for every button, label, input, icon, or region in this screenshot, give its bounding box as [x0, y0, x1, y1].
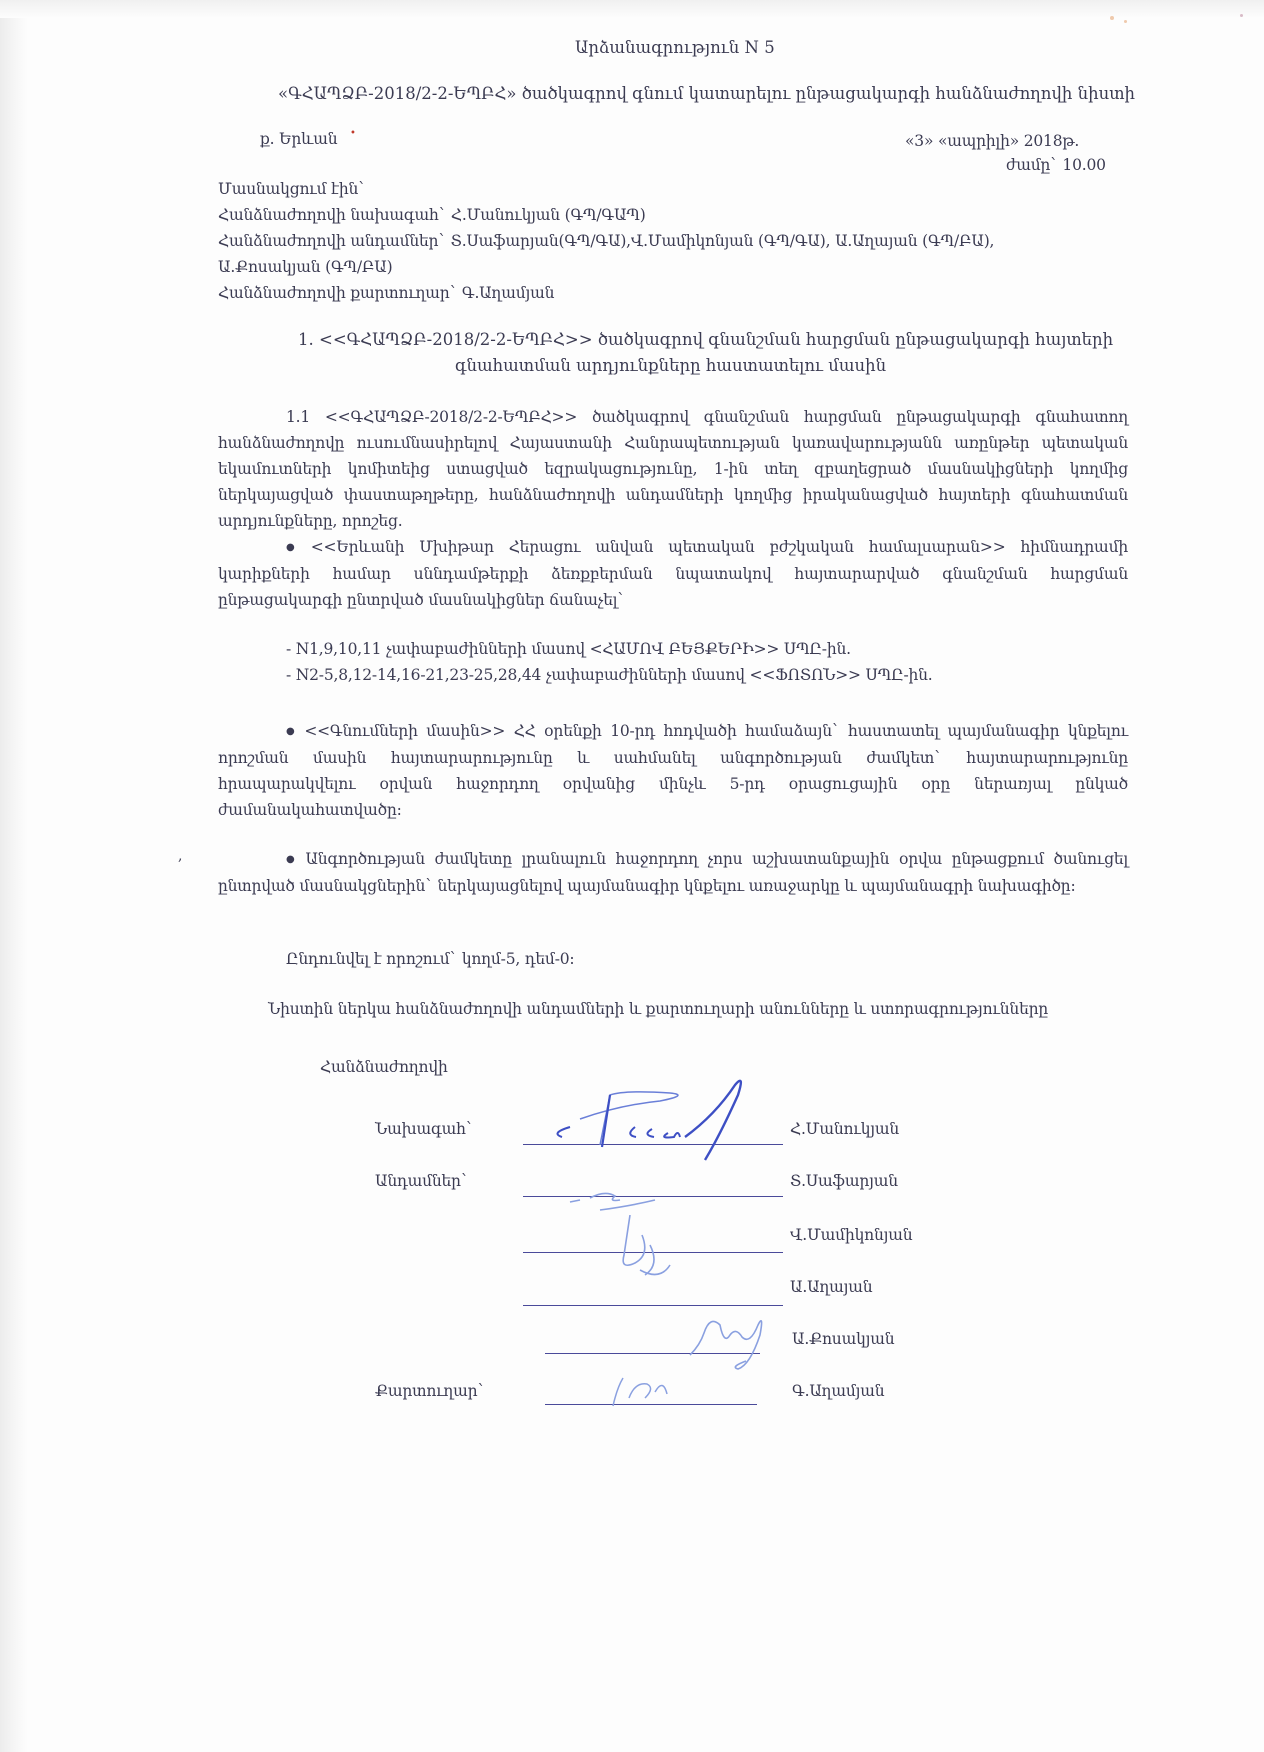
stray-mark: , — [178, 848, 182, 864]
bullet-standstill: <<Գնումների մասին>> ՀՀ օրենքի 10-րդ հոդվ… — [218, 718, 1128, 823]
secretary-role-label: Քարտուղար` — [375, 1382, 485, 1400]
scan-speck — [1240, 14, 1243, 17]
section-title-line2: գնահատման արդյունքները հաստատելու մասին — [455, 356, 886, 375]
paragraph-1-1: 1.1 <<ԳՀԱՊՁԲ-2018/2-2-ԵՊԲՀ>> ծածկագրով գ… — [218, 404, 1128, 534]
signature-line-member-1 — [523, 1196, 783, 1197]
document-subtitle: «ԳՀԱՊՁԲ-2018/2-2-ԵՊԲՀ» ծածկագրով գնում կ… — [278, 84, 1135, 103]
section-title-line1: 1. <<ԳՀԱՊՁԲ-2018/2-2-ԵՊԲՀ>> ծածկագրով գն… — [298, 330, 1113, 349]
committee-label: Հանձնաժողովի — [320, 1058, 448, 1076]
signatory-name: Ա.Քոսակյան — [792, 1330, 894, 1348]
participants-members-cont: Ա.Քոսակյան (ԳՊ/ԲԱ) — [218, 258, 393, 276]
lot-line-1: - N1,9,10,11 չափաբաժինների մասով <ՀԱՄՈՎ … — [286, 640, 851, 658]
signature-line-member-4 — [545, 1353, 760, 1354]
meeting-date: «3» «ապրիլի» 2018թ. — [905, 132, 1079, 150]
signatory-name: Ա.Աղայան — [790, 1278, 872, 1296]
signatures-intro: Նիստին ներկա հանձնաժողովի անդամների և քա… — [268, 1000, 1048, 1018]
city: ք. Երևան — [260, 130, 337, 148]
signature-member-2-icon — [590, 1215, 700, 1305]
scan-speck — [1110, 16, 1114, 20]
scan-edge-shadow — [0, 0, 28, 1752]
signature-line-member-3 — [523, 1305, 783, 1306]
signature-member-4-icon — [680, 1305, 800, 1375]
signature-chair-icon — [540, 1075, 800, 1175]
signature-member-1-icon — [560, 1170, 680, 1220]
document-heading: Արձանագրություն N 5 — [575, 38, 775, 57]
signature-line-member-2 — [523, 1252, 783, 1253]
bullet-notify-text: Անգործության ժամկետը լրանալուն հաջորդող … — [218, 850, 1128, 895]
participants-chair: Հանձնաժողովի նախագահ` Հ.Մանուկյան (ԳՊ/ԳԱ… — [218, 206, 646, 224]
participants-members: Հանձնաժողովի անդամներ` Տ.Սաֆարյան(ԳՊ/ԳԱ)… — [218, 232, 994, 250]
signatory-name: Հ.Մանուկյան — [790, 1120, 899, 1138]
signatory-name: Գ.Աղամյան — [792, 1382, 884, 1400]
bullet-standstill-text: <<Գնումների մասին>> ՀՀ օրենքի 10-րդ հոդվ… — [218, 722, 1128, 819]
bullet-winners-text: <<Երևանի Մխիթար Հերացու անվան պետական բժ… — [218, 538, 1128, 609]
participants-secretary: Հանձնաժողովի քարտուղար` Գ.Աղամյան — [218, 284, 554, 302]
signature-line-chair — [523, 1144, 783, 1145]
bullet-icon — [286, 850, 305, 868]
bullet-winners: <<Երևանի Մխիթար Հերացու անվան պետական բժ… — [218, 534, 1128, 613]
vote-result: Ընդունվել է որոշում` կողմ-5, դեմ-0: — [286, 950, 574, 968]
signatory-name: Տ.Սաֆարյան — [790, 1172, 898, 1190]
participants-label: Մասնակցում էին` — [218, 180, 366, 198]
bullet-icon — [286, 538, 311, 556]
bullet-icon — [286, 722, 304, 740]
bullet-notify: Անգործության ժամկետը լրանալուն հաջորդող … — [218, 846, 1128, 899]
signature-line-secretary — [545, 1404, 757, 1405]
lot-line-2: - N2-5,8,12-14,16-21,23-25,28,44 չափաբաժ… — [286, 666, 933, 684]
red-dot-mark: • — [350, 128, 356, 139]
signature-secretary-icon — [605, 1368, 685, 1412]
chair-role-label: Նախագահ` — [375, 1120, 473, 1138]
members-role-label: Անդամներ` — [375, 1172, 468, 1190]
scan-speck — [1124, 20, 1127, 23]
meeting-time: ժամը` 10.00 — [1006, 156, 1106, 174]
scan-top-shadow — [0, 0, 1264, 18]
signatory-name: Վ.Մամիկոնյան — [790, 1226, 912, 1244]
